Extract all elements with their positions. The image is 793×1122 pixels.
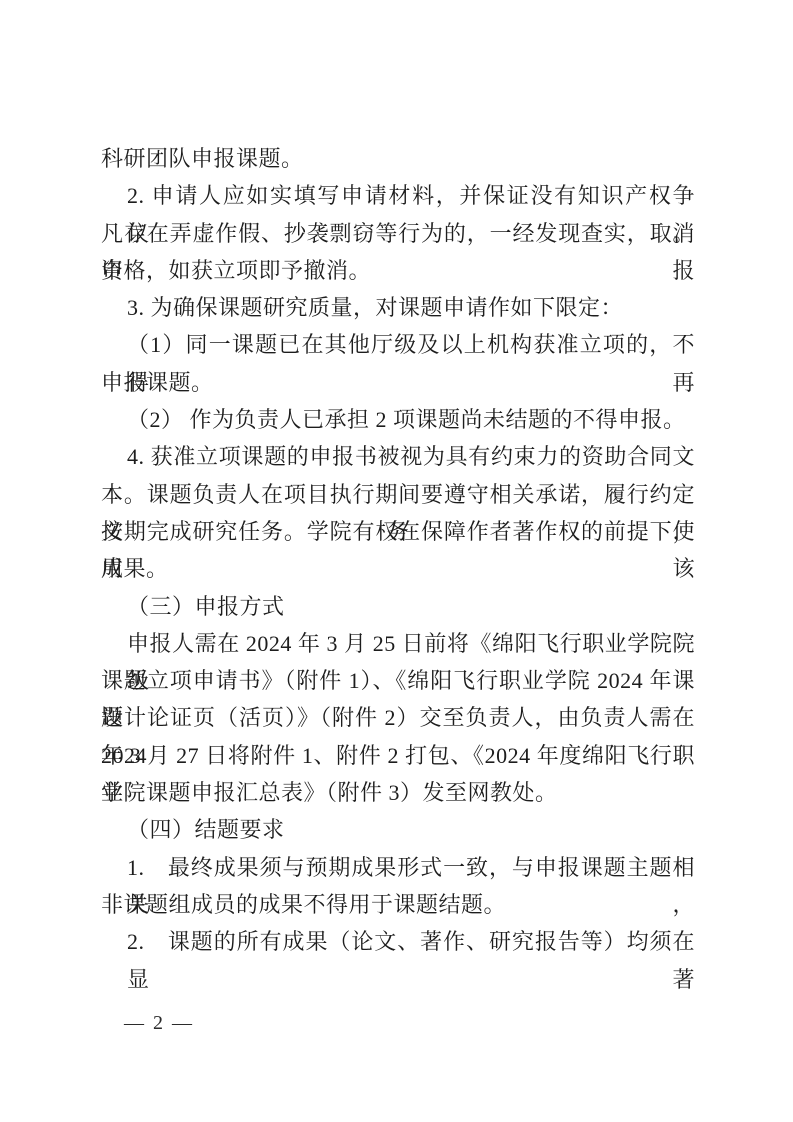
text-line: 1. 最终成果须与预期成果形式一致，与申报课题主题相关， [101, 849, 695, 886]
text-line: 课题立项申请书》（附件 1）、《绵阳飞行职业学院 2024 年课题 [101, 662, 695, 699]
text-line: 设计论证页（活页）》（附件 2）交至负责人，由负责人需在 2024 [101, 699, 695, 736]
text-line: 本。课题负责人在项目执行期间要遵守相关承诺，履行约定义务， [101, 476, 695, 513]
text-line: 凡存在弄虚作假、抄袭剽窃等行为的，一经发现查实，取消申报 [101, 215, 695, 252]
text-line: 2. 申请人应如实填写申请材料，并保证没有知识产权争议。 [101, 177, 695, 214]
text-line: 2. 课题的所有成果（论文、著作、研究报告等）均须在显著 [101, 923, 695, 960]
text-line: 年 3 月 27 日将附件 1、附件 2 打包、《2024 年度绵阳飞行职业 [101, 737, 695, 774]
text-line: 学院课题申报汇总表》（附件 3）发至网教处。 [101, 774, 695, 811]
text-line: （四）结题要求 [101, 811, 695, 848]
text-line: （2） 作为负责人已承担 2 项课题尚未结题的不得申报。 [101, 401, 695, 438]
text-line: 4. 获准立项课题的申报书被视为具有约束力的资助合同文 [101, 438, 695, 475]
text-line: 按期完成研究任务。学院有权在保障作者著作权的前提下使用该 [101, 513, 695, 550]
text-line: （1）同一课题已在其他厅级及以上机构获准立项的，不得再 [101, 326, 695, 363]
text-line: （三）申报方式 [101, 588, 695, 625]
document-body: 科研团队申报课题。2. 申请人应如实填写申请材料，并保证没有知识产权争议。凡存在… [101, 140, 695, 961]
text-line: 3. 为确保课题研究质量，对课题申请作如下限定： [101, 289, 695, 326]
text-line: 科研团队申报课题。 [101, 140, 695, 177]
page-number: — 2 — [124, 1011, 194, 1035]
document-page: 科研团队申报课题。2. 申请人应如实填写申请材料，并保证没有知识产权争议。凡存在… [0, 0, 793, 1122]
text-line: 申报人需在 2024 年 3 月 25 日前将《绵阳飞行职业学院院级 [101, 625, 695, 662]
